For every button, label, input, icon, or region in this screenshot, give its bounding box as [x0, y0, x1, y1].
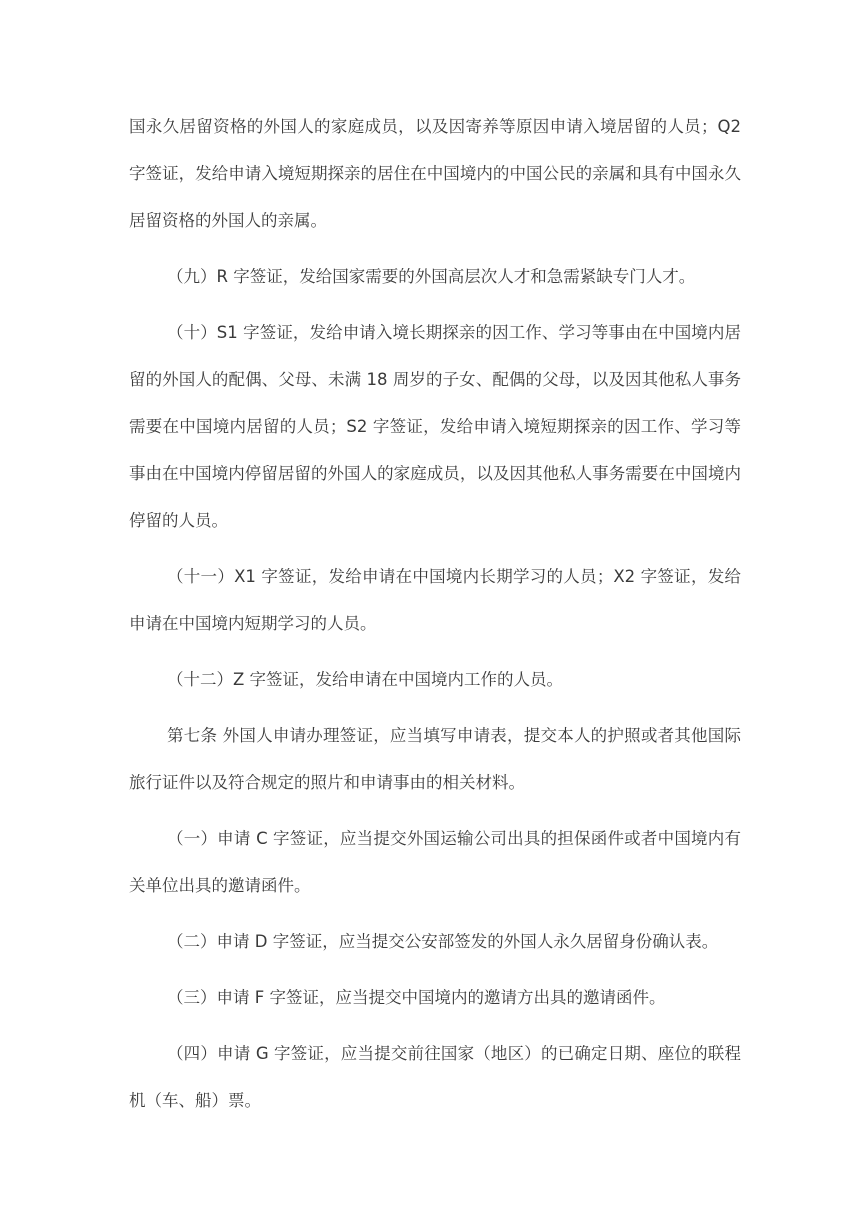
- paragraph-item-11-x1-x2-visa: （十一）X1 字签证，发给申请在中国境内长期学习的人员；X2 字签证，发给申请在…: [129, 553, 741, 647]
- paragraph-article-7-item-3-f: （三）申请 F 字签证，应当提交中国境内的邀请方出具的邀请函件。: [129, 974, 741, 1021]
- paragraph-article-7: 第七条 外国人申请办理签证，应当填写申请表，提交本人的护照或者其他国际旅行证件以…: [129, 712, 741, 806]
- paragraph-article-7-item-1-c: （一）申请 C 字签证，应当提交外国运输公司出具的担保函件或者中国境内有关单位出…: [129, 815, 741, 909]
- paragraph-article-7-item-2-d: （二）申请 D 字签证，应当提交公安部签发的外国人永久居留身份确认表。: [129, 918, 741, 965]
- document-page-body: 国永久居留资格的外国人的家庭成员，以及因寄养等原因申请入境居留的人员；Q2 字签…: [129, 103, 741, 1133]
- paragraph-item-10-s1-s2-visa: （十）S1 字签证，发给申请入境长期探亲的因工作、学习等事由在中国境内居留的外国…: [129, 309, 741, 544]
- paragraph-item-9-r-visa: （九）R 字签证，发给国家需要的外国高层次人才和急需紧缺专门人才。: [129, 253, 741, 300]
- paragraph-article-7-item-4-g: （四）申请 G 字签证，应当提交前往国家（地区）的已确定日期、座位的联程机（车、…: [129, 1030, 741, 1124]
- paragraph-q2-visa-continuation: 国永久居留资格的外国人的家庭成员，以及因寄养等原因申请入境居留的人员；Q2 字签…: [129, 103, 741, 244]
- paragraph-item-12-z-visa: （十二）Z 字签证，发给申请在中国境内工作的人员。: [129, 656, 741, 703]
